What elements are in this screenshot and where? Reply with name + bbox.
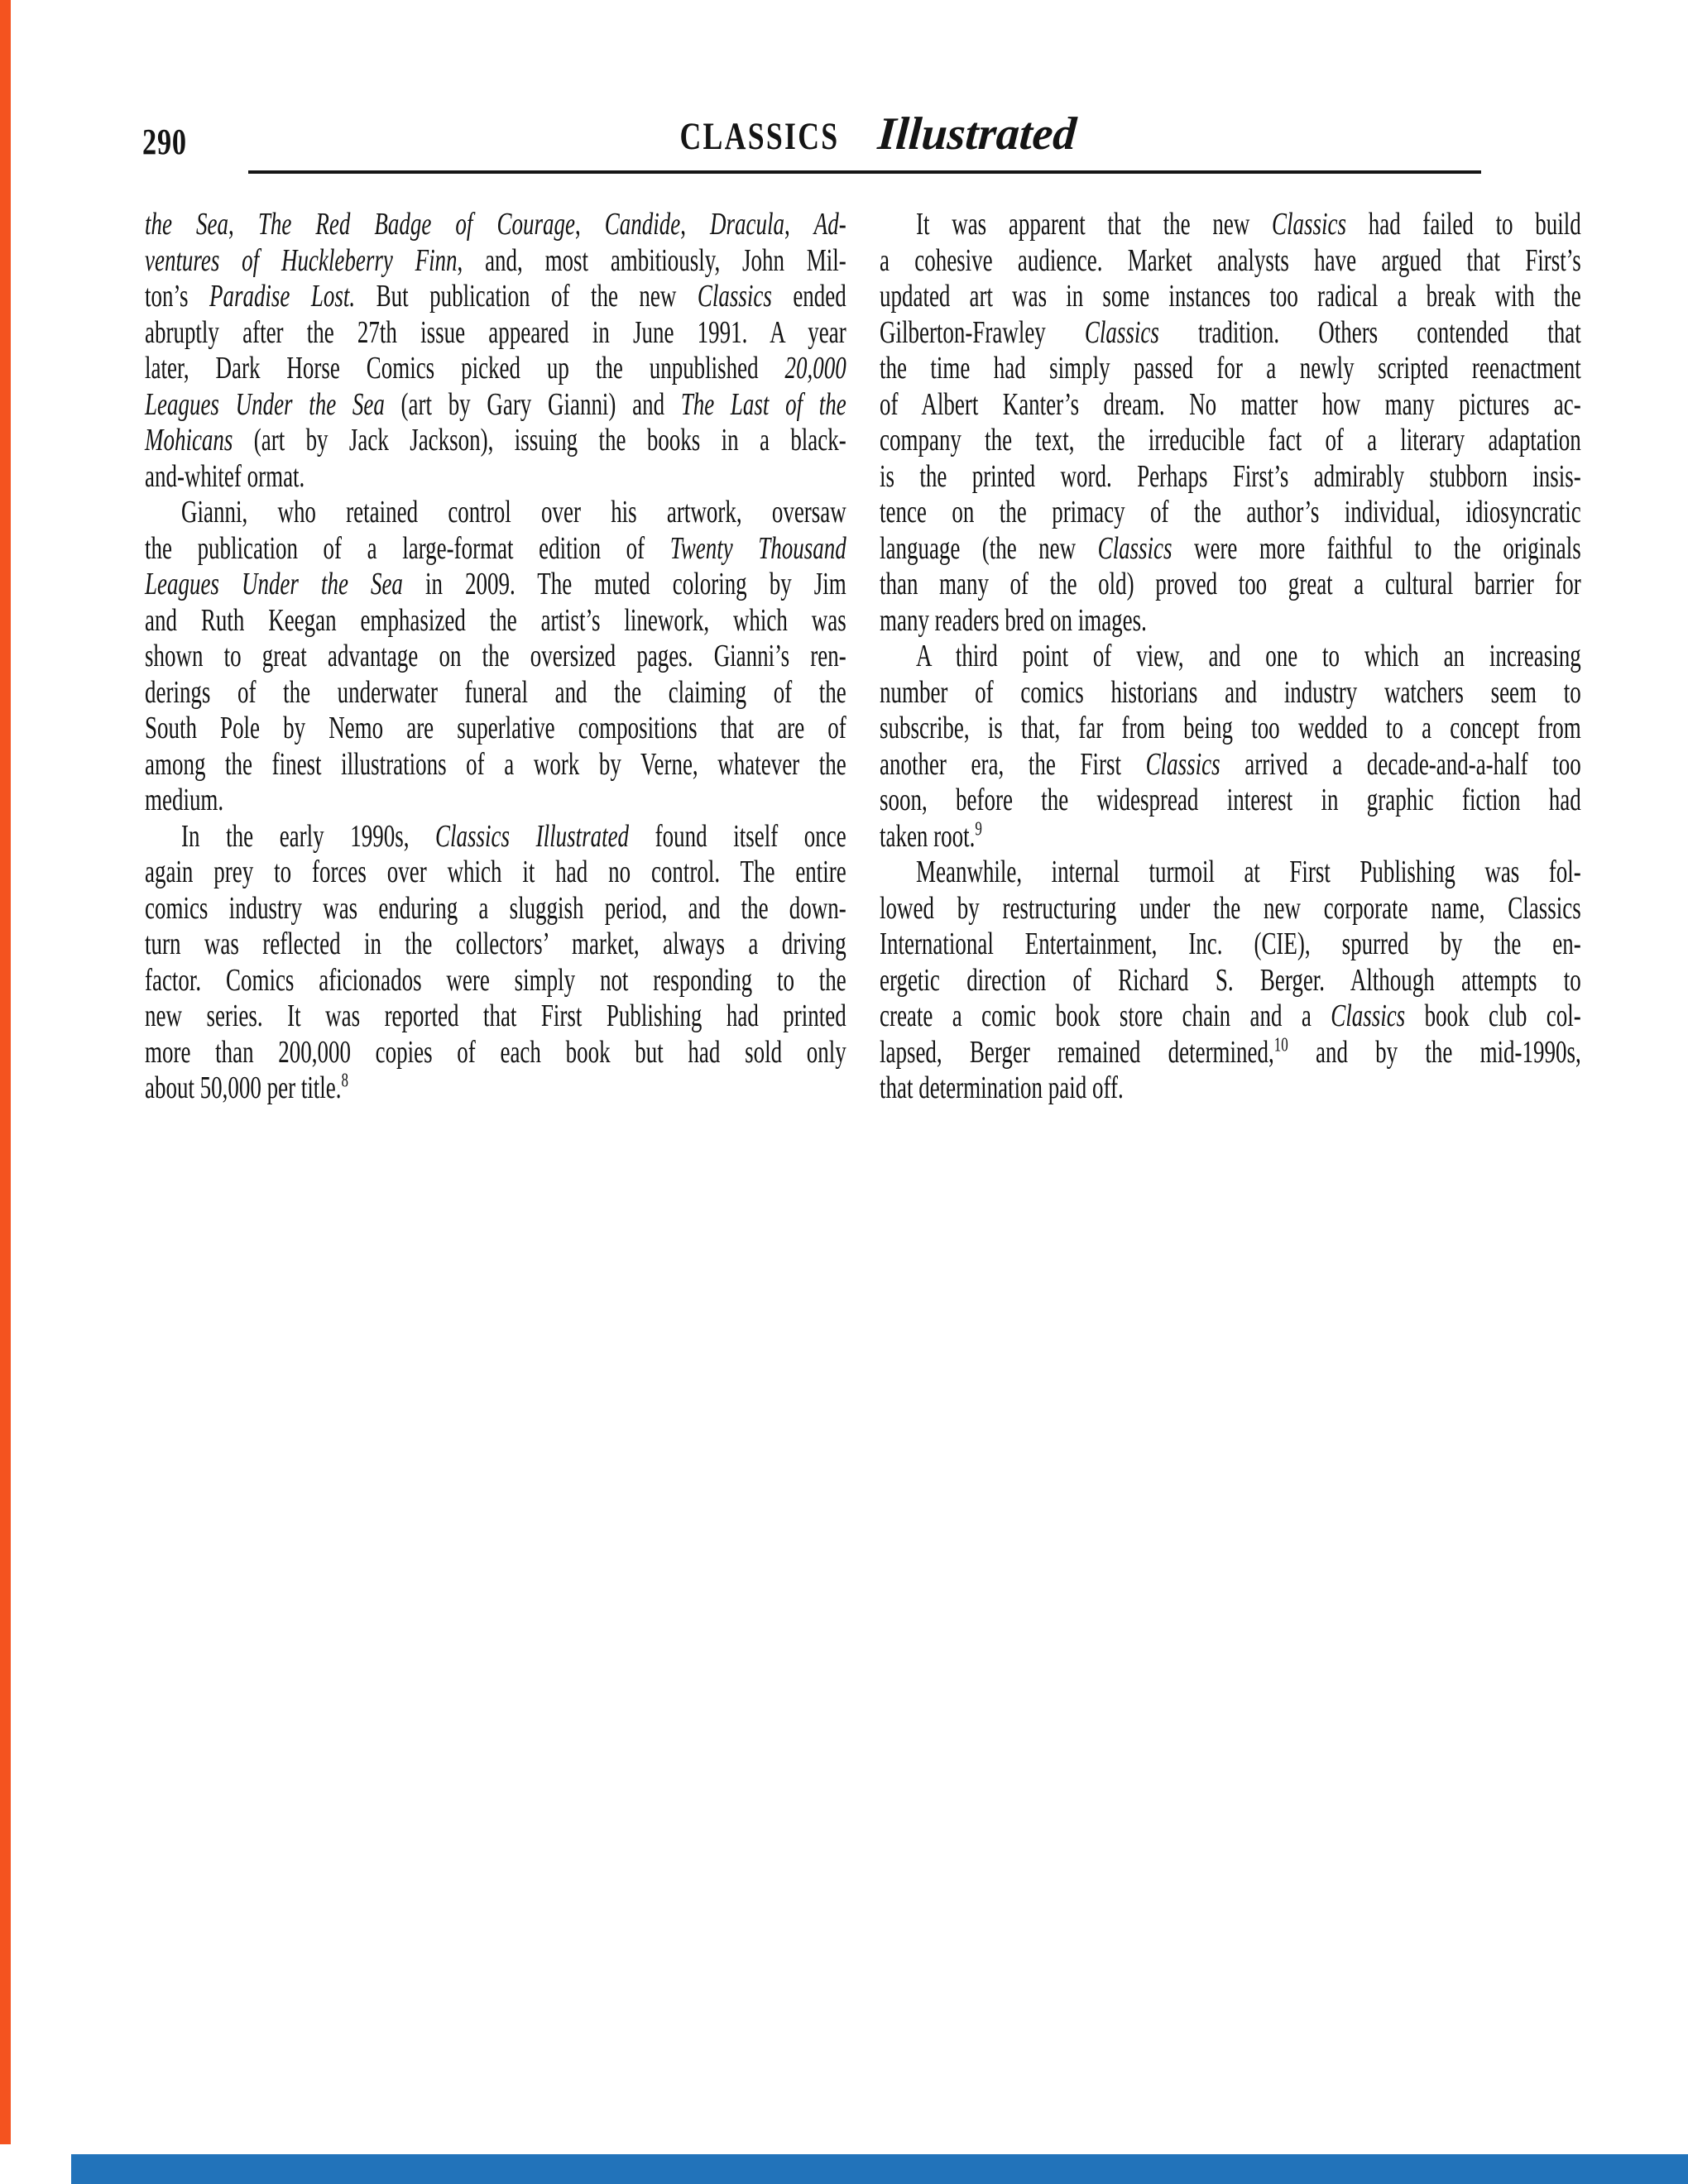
text-line: the Sea, The Red Badge of Courage, Candi…	[145, 207, 846, 243]
text-run: in 2009. The muted coloring by Jim	[403, 567, 846, 601]
italic-run: the Sea	[145, 207, 228, 242]
text-run: comics industry was enduring a sluggish …	[145, 891, 846, 926]
text-line: among the finest illustrations of a work…	[145, 747, 846, 783]
text-run: derings of the underwater funeral and th…	[145, 675, 846, 710]
text-line: language (the new Classics were more fai…	[880, 531, 1581, 568]
paragraph: the Sea, The Red Badge of Courage, Candi…	[145, 207, 846, 495]
paragraph: Gianni, who retained control over his ar…	[145, 495, 846, 819]
text-line: lapsed, Berger remained determined,10 an…	[880, 1035, 1581, 1071]
text-run: about 50,000 per title.	[145, 1070, 342, 1105]
text-run: later, Dark Horse Comics picked up the u…	[145, 351, 785, 386]
text-run: found itself once	[629, 819, 846, 854]
text-run: the publication of a large-format editio…	[145, 531, 670, 566]
text-line: tence on the primacy of the author’s ind…	[880, 495, 1581, 531]
text-run: create a comic book store chain and a	[880, 999, 1331, 1033]
text-line: shown to great advantage on the oversize…	[145, 639, 846, 675]
italic-run: Twenty Thousand	[670, 531, 846, 566]
footnote-reference: 9	[975, 818, 982, 840]
text-run: subscribe, is that, far from being too w…	[880, 711, 1581, 745]
text-run: new series. It was reported that First P…	[145, 999, 846, 1033]
text-line: number of comics historians and industry…	[880, 675, 1581, 711]
text-line: subscribe, is that, far from being too w…	[880, 711, 1581, 747]
text-run: ,	[575, 207, 605, 242]
text-run: medium.	[145, 783, 223, 817]
text-line: ton’s Paradise Lost. But publication of …	[145, 279, 846, 315]
text-run: of Albert Kanter’s dream. No matter how …	[880, 387, 1581, 422]
text-run: the time had simply passed for a newly s…	[880, 351, 1581, 386]
text-run: a cohesive audience. Market analysts hav…	[880, 243, 1581, 278]
text-run: taken root.	[880, 819, 975, 854]
text-line: Mohicans (art by Jack Jackson), issuing …	[145, 423, 846, 459]
italic-run: Classics	[1098, 531, 1172, 566]
text-line: new series. It was reported that First P…	[145, 999, 846, 1035]
italic-run: Leagues Under the Sea	[145, 567, 403, 601]
text-run: more than 200,000 copies of each book bu…	[145, 1035, 846, 1070]
column-right: It was apparent that the new Classics ha…	[880, 207, 1581, 1107]
text-run: lowed by restructuring under the new cor…	[880, 891, 1581, 926]
text-line: turn was reflected in the collectors’ ma…	[145, 927, 846, 963]
text-line: abruptly after the 27th issue appeared i…	[145, 315, 846, 352]
text-line: and-whitef ormat.	[145, 459, 846, 496]
text-line: factor. Comics aficionados were simply n…	[145, 963, 846, 999]
italic-run: 20,000	[785, 351, 846, 386]
text-line: that determination paid off.	[880, 1070, 1581, 1107]
text-run: is the printed word. Perhaps First’s adm…	[880, 459, 1581, 494]
text-line: Leagues Under the Sea in 2009. The muted…	[145, 567, 846, 603]
text-run: A third point of view, and one to which …	[916, 639, 1581, 673]
italic-run: Classics	[1085, 315, 1159, 350]
text-run: and by the mid-1990s,	[1288, 1035, 1581, 1070]
text-run: soon, before the widespread interest in …	[880, 783, 1581, 817]
footnote-reference: 10	[1274, 1034, 1288, 1056]
text-line: soon, before the widespread interest in …	[880, 783, 1581, 819]
text-line: South Pole by Nemo are superlative compo…	[145, 711, 846, 747]
italic-run: Classics Illustrated	[435, 819, 629, 854]
text-run: among the finest illustrations of a work…	[145, 747, 846, 782]
text-run: Gianni, who retained control over his ar…	[181, 495, 846, 529]
text-run: tradition. Others contended that	[1159, 315, 1581, 350]
text-line: Leagues Under the Sea (art by Gary Giann…	[145, 387, 846, 424]
running-head-serif: CLASSICS	[680, 117, 840, 156]
text-run: company the text, the irreducible fact o…	[880, 423, 1581, 457]
italic-run: Ad-	[814, 207, 846, 242]
italic-run: The Red Badge of Courage	[258, 207, 575, 242]
text-line: In the early 1990s, Classics Illustrated…	[145, 819, 846, 855]
italic-run: Classics	[1272, 207, 1346, 242]
text-line: than many of the old) proved too great a…	[880, 567, 1581, 603]
text-run: were more faithful to the originals	[1172, 531, 1581, 566]
text-line: more than 200,000 copies of each book bu…	[145, 1035, 846, 1071]
text-run: Meanwhile, internal turmoil at First Pub…	[916, 855, 1581, 889]
text-line: It was apparent that the new Classics ha…	[880, 207, 1581, 243]
text-run: ton’s	[145, 279, 209, 314]
text-line: of Albert Kanter’s dream. No matter how …	[880, 387, 1581, 424]
text-run: factor. Comics aficionados were simply n…	[145, 963, 846, 998]
text-line: Gianni, who retained control over his ar…	[145, 495, 846, 531]
text-run: another era, the First	[880, 747, 1146, 782]
text-run: that determination paid off.	[880, 1070, 1124, 1105]
text-line: ergetic direction of Richard S. Berger. …	[880, 963, 1581, 999]
text-run: arrived a decade-and-a-half too	[1220, 747, 1581, 782]
text-line: taken root.9	[880, 819, 1581, 855]
text-line: a cohesive audience. Market analysts hav…	[880, 243, 1581, 280]
left-edge-accent-bar	[0, 0, 11, 2144]
italic-run: Candide	[605, 207, 680, 242]
text-line: the time had simply passed for a newly s…	[880, 351, 1581, 387]
text-line: another era, the First Classics arrived …	[880, 747, 1581, 783]
text-line: later, Dark Horse Comics picked up the u…	[145, 351, 846, 387]
text-run: In the early 1990s,	[181, 819, 435, 854]
text-run: lapsed, Berger remained determined,	[880, 1035, 1274, 1070]
text-run: language (the new	[880, 531, 1098, 566]
paragraph: It was apparent that the new Classics ha…	[880, 207, 1581, 639]
text-run: than many of the old) proved too great a…	[880, 567, 1581, 601]
text-run: (art by Jack Jackson), issuing the books…	[233, 423, 846, 457]
italic-run: The Last of the	[681, 387, 846, 422]
text-line: Meanwhile, internal turmoil at First Pub…	[880, 855, 1581, 891]
text-run: and-whitef ormat.	[145, 459, 305, 494]
text-run: ergetic direction of Richard S. Berger. …	[880, 963, 1581, 998]
text-run: ,	[228, 207, 258, 242]
paragraph: Meanwhile, internal turmoil at First Pub…	[880, 855, 1581, 1107]
italic-run: Dracula	[710, 207, 784, 242]
text-line: International Entertainment, Inc. (CIE),…	[880, 927, 1581, 963]
text-run: But publication of the new	[355, 279, 698, 314]
text-line: updated art was in some instances too ra…	[880, 279, 1581, 315]
text-line: company the text, the irreducible fact o…	[880, 423, 1581, 459]
italic-run: Paradise Lost.	[209, 279, 355, 314]
book-page: 290 CLASSICS Illustrated the Sea, The Re…	[0, 0, 1688, 2184]
text-line: Gilberton-Frawley Classics tradition. Ot…	[880, 315, 1581, 352]
page-number: 290	[142, 124, 187, 160]
text-run: again prey to forces over which it had n…	[145, 855, 846, 889]
text-run: and Ruth Keegan emphasized the artist’s …	[145, 603, 846, 638]
text-run: ,	[680, 207, 710, 242]
text-line: many readers bred on images.	[880, 603, 1581, 639]
text-run: South Pole by Nemo are superlative compo…	[145, 711, 846, 745]
text-run: had failed to build	[1346, 207, 1581, 242]
text-run: updated art was in some instances too ra…	[880, 279, 1581, 314]
text-run: tence on the primacy of the author’s ind…	[880, 495, 1581, 529]
text-run: , and, most ambitiously, John Mil-	[458, 243, 846, 278]
text-line: about 50,000 per title.8	[145, 1070, 846, 1107]
text-line: create a comic book store chain and a Cl…	[880, 999, 1581, 1035]
text-run: abruptly after the 27th issue appeared i…	[145, 315, 846, 350]
text-run: ended	[772, 279, 846, 314]
italic-run: Classics	[1146, 747, 1220, 782]
text-run: (art by Gary Gianni) and	[385, 387, 681, 422]
text-run: International Entertainment, Inc. (CIE),…	[880, 927, 1581, 961]
text-line: derings of the underwater funeral and th…	[145, 675, 846, 711]
italic-run: Classics	[1331, 999, 1405, 1033]
italic-run: ventures of Huckleberry Finn	[145, 243, 458, 278]
text-line: comics industry was enduring a sluggish …	[145, 891, 846, 927]
text-run: book club col-	[1405, 999, 1581, 1033]
text-line: lowed by restructuring under the new cor…	[880, 891, 1581, 927]
text-run: shown to great advantage on the oversize…	[145, 639, 846, 673]
text-line: is the printed word. Perhaps First’s adm…	[880, 459, 1581, 496]
footnote-reference: 8	[342, 1070, 349, 1091]
italic-run: Mohicans	[145, 423, 233, 457]
bottom-edge-accent-bar	[71, 2154, 1688, 2184]
text-line: the publication of a large-format editio…	[145, 531, 846, 568]
header-rule	[248, 170, 1481, 174]
column-left: the Sea, The Red Badge of Courage, Candi…	[145, 207, 846, 1107]
running-head-script: Illustrated	[876, 111, 1078, 157]
running-head: CLASSICS Illustrated	[248, 111, 1481, 157]
text-run: many readers bred on images.	[880, 603, 1147, 638]
text-run: It was apparent that the new	[916, 207, 1272, 242]
text-line: and Ruth Keegan emphasized the artist’s …	[145, 603, 846, 639]
italic-run: Classics	[698, 279, 772, 314]
text-line: medium.	[145, 783, 846, 819]
paragraph: In the early 1990s, Classics Illustrated…	[145, 819, 846, 1107]
text-line: ventures of Huckleberry Finn, and, most …	[145, 243, 846, 280]
text-run: Gilberton-Frawley	[880, 315, 1085, 350]
text-run: turn was reflected in the collectors’ ma…	[145, 927, 846, 961]
text-line: A third point of view, and one to which …	[880, 639, 1581, 675]
paragraph: A third point of view, and one to which …	[880, 639, 1581, 855]
italic-run: Leagues Under the Sea	[145, 387, 385, 422]
text-run: ,	[784, 207, 814, 242]
text-line: again prey to forces over which it had n…	[145, 855, 846, 891]
text-run: number of comics historians and industry…	[880, 675, 1581, 710]
